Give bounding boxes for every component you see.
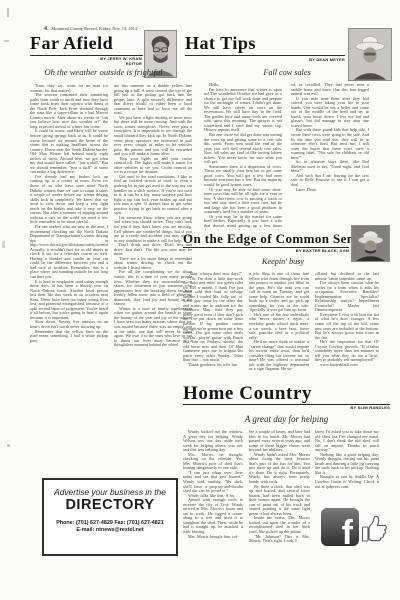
paragraph: "I can just whup over there today and se… [183,471,243,494]
thumbs-up-icon [361,513,388,544]
hat-tips-subhead: Fall cow sales [204,68,370,77]
headline-rule [185,55,345,56]
paragraph: Don't drink and drive. Don't text and dr… [114,243,192,257]
paragraph: Or you may be able to find some short-te… [204,188,282,215]
common-sense-column-1: "Skip, whatya doin' now days?""Oh, I'm d… [183,272,243,380]
scan-mark [7,444,10,447]
hat-tips-title: Hat Tips [185,33,256,54]
paragraph: Remember that the yellow lines on the ro… [30,330,108,344]
paragraph: Inside the house, Mrs. Morris looked out… [249,516,310,534]
home-country-byline: BY SLIM RANDLES [183,406,390,411]
home-country-column-1: Windy looked out the window. A great day… [183,430,243,556]
paragraph: The seasons continued their wandering pa… [30,93,108,129]
paragraph: "Oh, I'm doin' a little day-work for Jin… [183,277,243,363]
paragraph: So to whoever buys them, like Red Skelet… [291,160,369,174]
paragraph: It is hard to emphasize road safety enou… [30,280,108,321]
paragraph: Windy looked out the window. A great day… [183,430,243,453]
paragraph: There are a lot more things to remember … [114,257,192,271]
paragraph: Let someone know where you are going and… [114,216,192,243]
paragraph: I've always been curious what he writes … [315,281,379,313]
directory-ad-box: Advertise your business in the DIRECTORY… [42,478,178,556]
paragraph: He's one of the few individuals who neve… [249,313,309,340]
page-header: 4—Mountrail County Record, Friday, Nov. … [44,26,137,32]
paragraph: By three o'clock, that shed was up and b… [249,485,310,517]
paragraph: Later, Dean [291,188,369,193]
paragraph: www.baxterblack.com [315,363,379,368]
far-afield-column-2: me this summer on a double yellow line g… [114,84,192,476]
paragraph: "Mr. Johnson? This is Mrs. Morris. That'… [249,535,310,544]
paragraph: Get used to the road conditions. I like … [114,175,192,216]
far-afield-column-1: Time, they say, waits for no man (or wom… [30,84,108,470]
paragraph: Armed with enough tools to recreate the … [183,498,243,534]
paragraph: For all the complaining we do about wint… [114,270,192,306]
paragraph: For our readers who are new to the area,… [30,225,108,280]
paragraph: But one chore we did get done was sortin… [204,133,282,165]
man-with-cowboy-hat-and-mustache-portrait [352,226,389,261]
paragraph: Winter is a time of family togetherness … [114,307,192,348]
facebook-icon: f [321,508,359,546]
common-sense-byline: BY BAXTER BLACK, DVM [183,249,349,254]
scan-mark [2,241,5,248]
home-country-column-3: know I'd asked you to take down my old s… [315,430,379,502]
hat-tips-column-1: Hello,I'm here to announce that winter i… [204,83,282,230]
common-sense-column-2: a job. Skip is one of those fine fellers… [249,272,309,380]
far-afield-byline: BY JERRY W. KRAM EDITOR [30,57,142,67]
paragraph: Thank goodness his wife has [183,363,243,368]
paragraph: He's the inspiration for that Ol' Coyote… [315,340,379,363]
paragraph: Windy hadn't asked Mrs. Morris about fix… [249,453,310,485]
home-country-subhead: A great day for helping [183,414,390,424]
paragraph: It could be worse, and likely will be wo… [30,129,108,174]
paragraph: I'm here to announce that winter is upon… [204,88,282,133]
paragraph: We just have a light dusting of snow now… [114,116,192,157]
paragraph: But with these grand kids that help ride… [291,128,369,160]
ad-tagline: Advertise your business in the [44,488,176,497]
paragraph: fee a couple of times, and later had him… [249,430,310,453]
paragraph: He'd no more think of makin' a "career c… [249,340,309,372]
paragraph: ed, or corralled. They had never seen a … [291,83,369,97]
paragraph: Mrs. Morris, he thought, checking on the… [183,453,243,471]
ad-phone-fax: Phone: (701) 627-4829 Fax: (701) 627-482… [44,520,176,527]
paragraph: If you rode near them after they had cal… [291,97,369,129]
scan-mark [7,8,9,17]
paragraph: Mrs. Morris brought him cof- [183,535,243,540]
common-sense-title: On the Edge of Common Sense [183,231,366,247]
paragraph: Or you may be in the market for some bre… [204,215,282,230]
masthead-dateline: —Mountrail County Record, Friday, Nov. 1… [47,26,137,31]
newspaper-page: 4—Mountrail County Record, Friday, Nov. … [0,0,400,600]
byline-role: EDITOR [30,62,142,67]
common-sense-column-3: cillated but declined at the last minute… [315,272,379,380]
paragraph: I've already had my brakes lock up comin… [30,175,108,225]
hat-tips-byline: BY DEAN MEYER [185,58,345,63]
far-afield-title: Far Afield [30,33,113,54]
hat-tips-column-2: ed, or corralled. They had never seen a … [291,83,369,230]
paragraph: Sometimes there is a dispersion of cows.… [204,165,282,188]
common-sense-subhead: Keepin' busy [183,257,383,266]
home-country-column-2: fee a couple of times, and later had him… [249,430,310,556]
home-country-title: Home Country [183,383,312,405]
paragraph: Nothing like a good helping day, Windy t… [315,453,379,476]
paragraph: know I'd asked you to take down my old s… [315,430,379,453]
scan-mark [4,40,9,42]
far-afield-subhead: Oh the weather outside is frightful [30,67,177,77]
paragraph: And with that I am leaving for the cow s… [291,174,369,188]
paragraph: Everytime I visit with him the list of w… [315,313,379,340]
paragraph: Brought to you by Saddle Up: A Cowboy Gu… [315,475,379,489]
ad-email: E-mail: ntnews@restel.net [44,527,176,534]
paragraph: me this summer on a double yellow line g… [114,84,192,116]
paragraph: Turn your lights on and your cruise cont… [114,157,192,175]
paragraph: a job. Skip is one of those fine fellers… [249,272,309,313]
ad-directory-title: DIRECTORY [44,497,176,513]
